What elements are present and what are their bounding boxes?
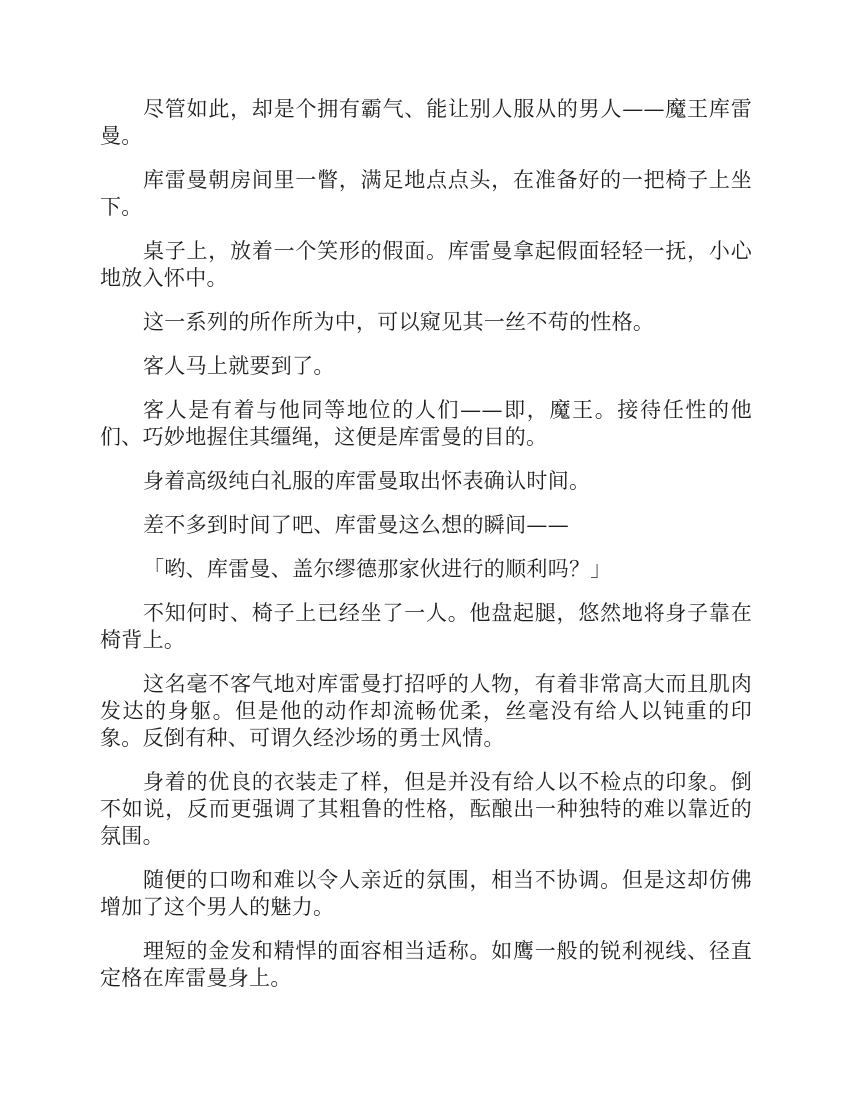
paragraph: 随便的口吻和难以令人亲近的氛围，相当不协调。但是这却仿佛增加了这个男人的魅力。 [100,867,752,921]
document-page: 尽管如此，却是个拥有霸气、能让别人服从的男人——魔王库雷曼。 库雷曼朝房间里一瞥… [100,96,752,1009]
paragraph: 客人马上就要到了。 [100,353,752,380]
paragraph: 尽管如此，却是个拥有霸气、能让别人服从的男人——魔王库雷曼。 [100,96,752,150]
paragraph: 客人是有着与他同等地位的人们——即，魔王。接待任性的他们、巧妙地握住其缰绳，这便… [100,397,752,451]
paragraph: 不知何时、椅子上已经坐了一人。他盘起腿，悠然地将身子靠在椅背上。 [100,600,752,654]
dialogue-paragraph: 「哟、库雷曼、盖尔缪德那家伙进行的顺利吗？」 [100,556,752,583]
paragraph: 理短的金发和精悍的面容相当适称。如鹰一般的锐利视线、径直定格在库雷曼身上。 [100,938,752,992]
paragraph: 身着高级纯白礼服的库雷曼取出怀表确认时间。 [100,468,752,495]
paragraph: 这名毫不客气地对库雷曼打招呼的人物，有着非常高大而且肌肉发达的身躯。但是他的动作… [100,671,752,752]
paragraph: 桌子上，放着一个笑形的假面。库雷曼拿起假面轻轻一抚，小心地放入怀中。 [100,238,752,292]
paragraph: 这一系列的所作所为中，可以窥见其一丝不苟的性格。 [100,309,752,336]
paragraph: 库雷曼朝房间里一瞥，满足地点点头，在准备好的一把椅子上坐下。 [100,167,752,221]
paragraph: 差不多到时间了吧、库雷曼这么想的瞬间—— [100,512,752,539]
paragraph: 身着的优良的衣装走了样，但是并没有给人以不检点的印象。倒不如说，反而更强调了其粗… [100,769,752,850]
